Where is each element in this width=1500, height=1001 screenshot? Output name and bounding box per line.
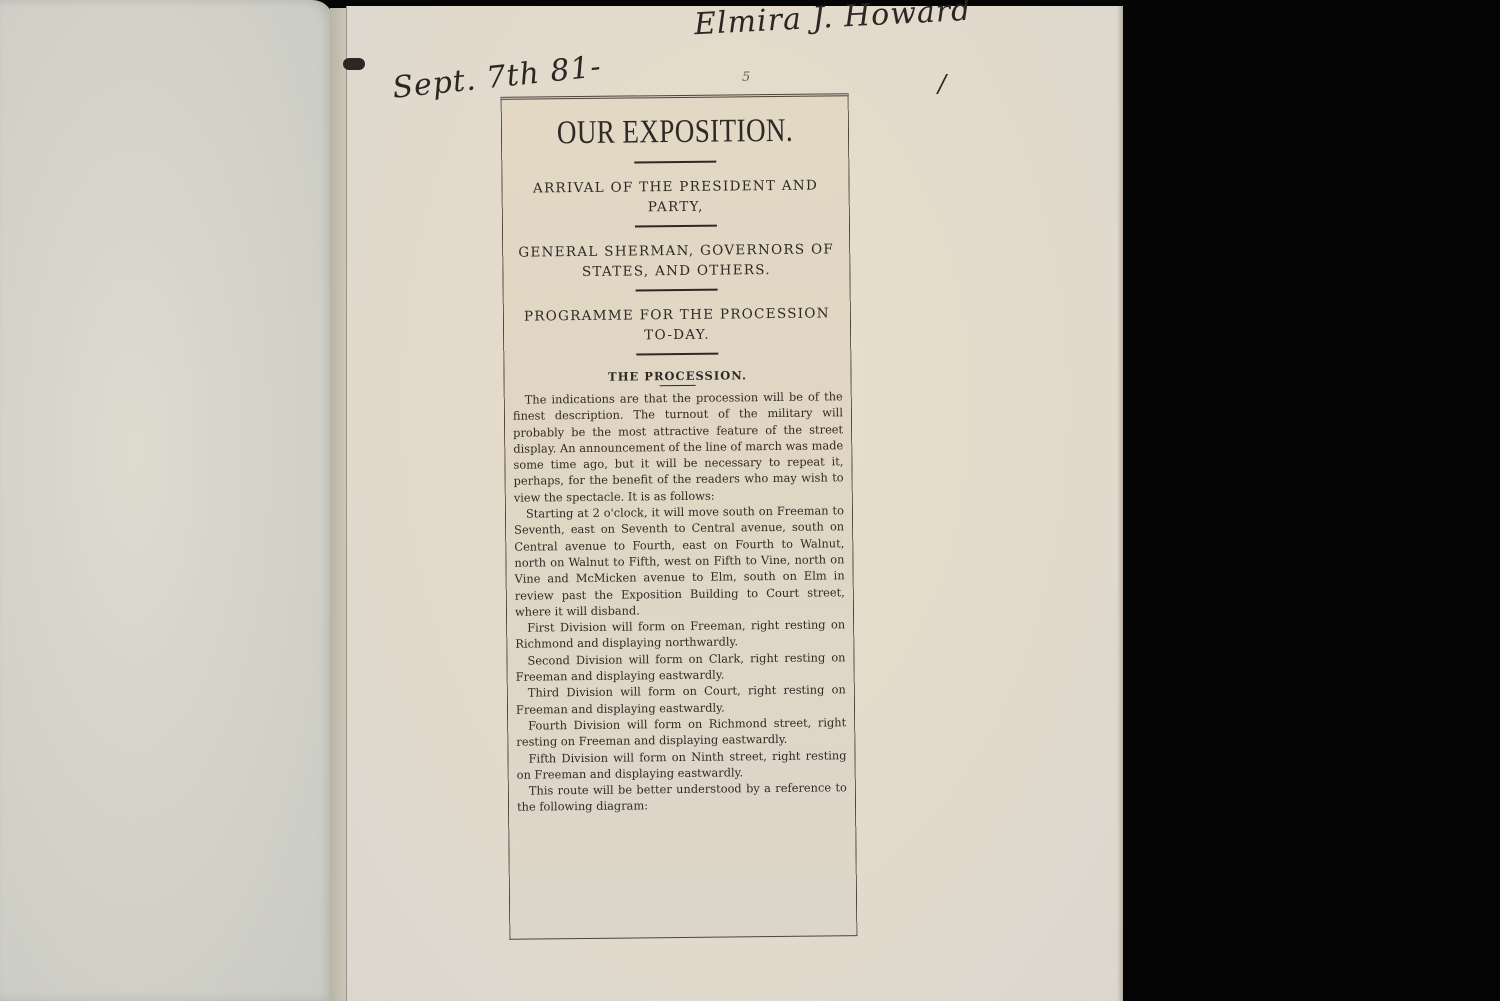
paragraph: Fifth Division will form on Ninth street… bbox=[516, 747, 846, 783]
section-rule bbox=[660, 385, 696, 386]
divider-rule bbox=[634, 161, 716, 164]
article-body: The indications are that the procession … bbox=[513, 388, 847, 815]
paragraph: Second Division will form on Clark, righ… bbox=[515, 649, 845, 685]
headline: OUR EXPOSITION. bbox=[539, 113, 810, 153]
section-heading: THE PROCESSION. bbox=[512, 367, 842, 384]
left-book-page bbox=[0, 0, 334, 1001]
pencil-mark: / bbox=[938, 70, 946, 98]
newspaper-clipping: OUR EXPOSITION. ARRIVAL OF THE PRESIDENT… bbox=[501, 93, 858, 940]
deck-programme: PROGRAMME FOR THE PROCESSION TO-DAY. bbox=[512, 303, 842, 346]
paragraph: This route will be better understood by … bbox=[517, 779, 847, 815]
paragraph: Fourth Division will form on Richmond st… bbox=[516, 714, 846, 750]
divider-rule bbox=[636, 353, 718, 356]
paragraph: First Division will form on Freeman, rig… bbox=[515, 616, 845, 652]
page-number: 5 bbox=[742, 70, 750, 85]
divider-rule bbox=[636, 289, 718, 292]
paragraph: Starting at 2 o'clock, it will move sout… bbox=[514, 502, 845, 620]
ink-blot bbox=[343, 58, 365, 70]
deck-sherman: GENERAL SHERMAN, GOVERNORS OF STATES, AN… bbox=[511, 239, 841, 282]
paragraph: Third Division will form on Court, right… bbox=[516, 682, 846, 718]
paragraph: The indications are that the procession … bbox=[513, 388, 844, 506]
deck-arrival: ARRIVAL OF THE PRESIDENT AND PARTY, bbox=[510, 175, 840, 218]
divider-rule bbox=[635, 225, 717, 228]
